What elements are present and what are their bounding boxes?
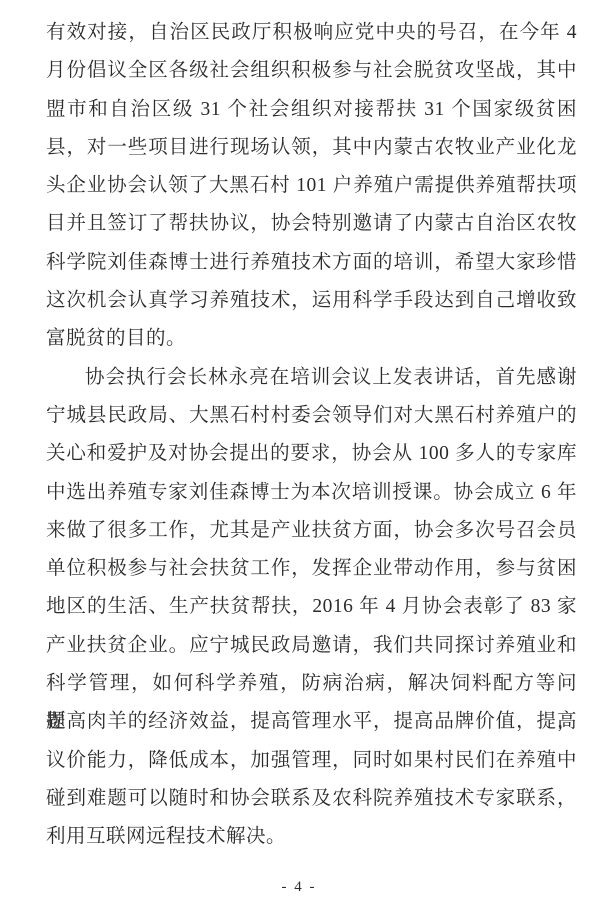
text-line: 中选出养殖专家刘佳森博士为本次培训授课。协会成立 6 年 <box>46 474 577 512</box>
text-line: 提高肉羊的经济效益，提高管理水平，提高品牌价值，提高 <box>46 703 577 741</box>
text-line: 头企业协会认领了大黑石村 101 户养殖户需提供养殖帮扶项 <box>46 167 577 205</box>
text-line: 科学管理，如何科学养殖，防病治病，解决饲料配方等问题， <box>46 665 577 703</box>
text-line: 这次机会认真学习养殖技术，运用科学手段达到自己增收致 <box>46 282 577 320</box>
text-line: 县，对一些项目进行现场认领，其中内蒙古农牧业产业化龙 <box>46 129 577 167</box>
text-line: 月份倡议全区各级社会组织积极参与社会脱贫攻坚战，其中 <box>46 52 577 90</box>
text-line: 有效对接，自治区民政厅积极响应党中央的号召，在今年 4 <box>46 14 577 52</box>
paragraph-start-line: 协会执行会长林永亮在培训会议上发表讲话，首先感谢 <box>46 359 577 397</box>
text-line: 地区的生活、生产扶贫帮扶，2016 年 4 月协会表彰了 83 家 <box>46 588 577 626</box>
text-line: 关心和爱护及对协会提出的要求，协会从 100 多人的专家库 <box>46 435 577 473</box>
text-line: 来做了很多工作，尤其是产业扶贫方面，协会多次号召会员 <box>46 512 577 550</box>
text-line: 盟市和自治区级 31 个社会组织对接帮扶 31 个国家级贫困 <box>46 91 577 129</box>
paragraph-end-line: 富脱贫的目的。 <box>46 320 577 358</box>
text-line: 议价能力，降低成本，加强管理，同时如果村民们在养殖中 <box>46 742 577 780</box>
paragraph-end-line: 利用互联网远程技术解决。 <box>46 818 577 856</box>
document-page: 有效对接，自治区民政厅积极响应党中央的号召，在今年 4 月份倡议全区各级社会组织… <box>0 0 598 912</box>
text-line: 产业扶贫企业。应宁城民政局邀请，我们共同探讨养殖业和 <box>46 627 577 665</box>
text-line: 科学院刘佳森博士进行养殖技术方面的培训，希望大家珍惜 <box>46 244 577 282</box>
text-line: 单位积极参与社会扶贫工作，发挥企业带动作用，参与贫困 <box>46 550 577 588</box>
text-line: 碰到难题可以随时和协会联系及农科院养殖技术专家联系， <box>46 780 577 818</box>
text-line: 目并且签订了帮扶协议，协会特别邀请了内蒙古自治区农牧 <box>46 205 577 243</box>
body-text: 有效对接，自治区民政厅积极响应党中央的号召，在今年 4 月份倡议全区各级社会组织… <box>46 14 577 857</box>
text-line: 宁城县民政局、大黑石村村委会领导们对大黑石村养殖户的 <box>46 397 577 435</box>
page-number: - 4 - <box>0 876 598 898</box>
